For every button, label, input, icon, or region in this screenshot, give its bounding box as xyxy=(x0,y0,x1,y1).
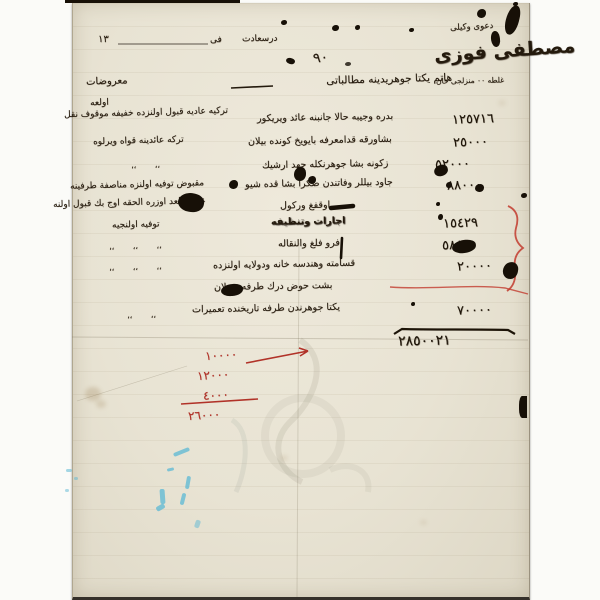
ink-blot xyxy=(475,184,484,192)
annotations-overlay xyxy=(0,0,600,600)
ink-blot xyxy=(409,28,414,32)
ink-blot xyxy=(294,167,306,181)
ink-blot xyxy=(521,193,527,198)
ink-blot xyxy=(446,182,452,188)
ink-blot xyxy=(436,202,440,206)
blue-pencil-mark xyxy=(159,489,165,504)
blue-pencil-mark xyxy=(74,477,78,480)
bleedthrough-ghost xyxy=(330,466,368,492)
blue-pencil-mark xyxy=(65,489,69,492)
ink-blot xyxy=(281,20,287,25)
row7-stroke xyxy=(341,238,342,258)
ink-blot xyxy=(332,25,339,31)
ink-blot xyxy=(345,62,351,66)
stain xyxy=(96,400,106,408)
stain xyxy=(85,387,101,401)
paper-edge-shadow xyxy=(65,0,240,3)
fold-crease-horizontal xyxy=(72,337,528,340)
ink-blot xyxy=(513,2,518,6)
stain xyxy=(498,100,506,106)
ink-blot xyxy=(519,396,527,418)
ink-blot xyxy=(229,180,238,189)
fold-crease-vertical xyxy=(297,243,299,597)
ink-blot xyxy=(355,25,360,30)
ink-blot xyxy=(308,176,316,184)
blue-pencil-mark xyxy=(66,469,72,472)
title-dash xyxy=(231,86,273,88)
scanned-document: درسعادت فى ١٣ ٩٠ هاتم يكتا جوهريدينه مطا… xyxy=(0,0,600,600)
bleedthrough-ghost xyxy=(232,420,245,492)
row5-dash xyxy=(331,206,353,208)
stain xyxy=(280,455,288,461)
ink-blot xyxy=(477,9,486,18)
ink-blot xyxy=(438,214,443,220)
total-overline xyxy=(394,329,515,334)
stain xyxy=(420,520,427,525)
red-sum-rule xyxy=(181,399,258,404)
ink-blot xyxy=(411,302,415,306)
